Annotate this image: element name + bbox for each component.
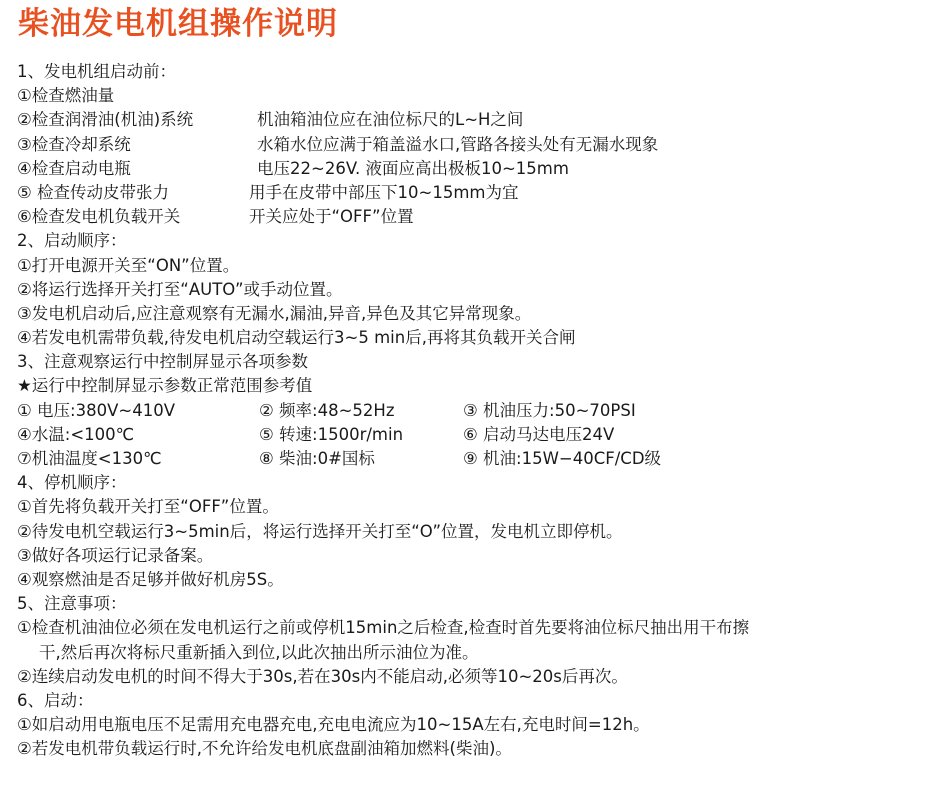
checklist-item: ④检查启动电瓶 电压22~26V. 液面应高出极板10~15mm [17, 157, 942, 181]
check-label: ⑥检查发电机负载开关 [17, 205, 180, 229]
list-item: ①打开电源开关至“ON”位置。 [17, 254, 942, 278]
section-6-heading: 6、启动： [17, 689, 942, 713]
params-row: ④水温:<100℃ ⑤ 转速:1500r/min ⑥ 启动马达电压24V [17, 423, 942, 447]
section-5-heading: 5、注意事项： [17, 592, 942, 616]
check-desc: 开关应处于“OFF”位置 [249, 205, 414, 229]
param-cell: ⑦机油温度<130℃ [17, 447, 162, 471]
list-item: ④若发电机需带负载,待发电机启动空载运行3~5 min后,再将其负载开关合闸 [17, 326, 942, 350]
check-label: ①检查燃油量 [17, 84, 114, 108]
list-item: ③发电机启动后,应注意观察有无漏水,漏油,异音,异色及其它异常现象。 [17, 302, 942, 326]
list-item: ①检查机油油位必须在发电机运行之前或停机15min之后检查,检查时首先要将油位标… [17, 616, 942, 640]
list-item: ②若发电机带负载运行时,不允许给发电机底盘副油箱加燃料(柴油)。 [17, 737, 942, 761]
list-item: ①如启动用电瓶电压不足需用充电器充电,充电电流应为10~15A左右,充电时间=1… [17, 713, 942, 737]
list-item: ①首先将负载开关打至“OFF”位置。 [17, 495, 942, 519]
param-cell: ⑨ 机油:15W−40CF/CD级 [463, 447, 661, 471]
checklist-item: ②检查润滑油(机油)系统 机油箱油位应在油位标尺的L~H之间 [17, 108, 942, 132]
list-item-continuation: 干,然后再次将标尺重新插入到位,以此次抽出所示油位为准。 [17, 641, 942, 665]
param-cell: ② 频率:48~52Hz [259, 399, 394, 423]
list-item: ③做好各项运行记录备案。 [17, 544, 942, 568]
check-label: ②检查润滑油(机油)系统 [17, 108, 193, 132]
instructions-body: 1、发电机组启动前： ①检查燃油量 ②检查润滑油(机油)系统 机油箱油位应在油位… [17, 60, 942, 761]
check-desc: 用手在皮带中部压下10~15mm为宜 [249, 181, 518, 205]
check-desc: 机油箱油位应在油位标尺的L~H之间 [257, 108, 523, 132]
checklist-item: ①检查燃油量 [17, 84, 942, 108]
section-1-heading: 1、发电机组启动前： [17, 60, 942, 84]
check-label: ③检查冷却系统 [17, 133, 131, 157]
param-cell: ① 电压:380V~410V [17, 399, 175, 423]
check-desc: 水箱水位应满于箱盖溢水口,管路各接头处有无漏水现象 [257, 133, 658, 157]
document-title: 柴油发电机组操作说明 [18, 4, 338, 44]
params-row: ① 电压:380V~410V ② 频率:48~52Hz ③ 机油压力:50~70… [17, 399, 942, 423]
check-desc: 电压22~26V. 液面应高出极板10~15mm [257, 157, 569, 181]
param-cell: ⑥ 启动马达电压24V [463, 423, 614, 447]
reference-values-subheading: ★运行中控制屏显示参数正常范围参考值 [17, 374, 942, 398]
check-label: ④检查启动电瓶 [17, 157, 131, 181]
param-cell: ④水温:<100℃ [17, 423, 134, 447]
list-item: ②将运行选择开关打至“AUTO”或手动位置。 [17, 278, 942, 302]
checklist-item: ③检查冷却系统 水箱水位应满于箱盖溢水口,管路各接头处有无漏水现象 [17, 133, 942, 157]
param-cell: ⑧ 柴油:0#国标 [259, 447, 375, 471]
param-cell: ⑤ 转速:1500r/min [259, 423, 403, 447]
checklist-item: ⑤ 检查传动皮带张力 用手在皮带中部压下10~15mm为宜 [17, 181, 942, 205]
section-2-heading: 2、启动顺序： [17, 229, 942, 253]
section-4-heading: 4、停机顺序： [17, 471, 942, 495]
check-label: ⑤ 检查传动皮带张力 [17, 181, 169, 205]
section-3-heading: 3、注意观察运行中控制屏显示各项参数 [17, 350, 942, 374]
param-cell: ③ 机油压力:50~70PSI [463, 399, 636, 423]
list-item: ②待发电机空载运行3~5min后，将运行选择开关打至“O”位置，发电机立即停机。 [17, 520, 942, 544]
list-item: ④观察燃油是否足够并做好机房5S。 [17, 568, 942, 592]
params-row: ⑦机油温度<130℃ ⑧ 柴油:0#国标 ⑨ 机油:15W−40CF/CD级 [17, 447, 942, 471]
checklist-item: ⑥检查发电机负载开关 开关应处于“OFF”位置 [17, 205, 942, 229]
list-item: ②连续启动发电机的时间不得大于30s,若在30s内不能启动,必须等10~20s后… [17, 665, 942, 689]
